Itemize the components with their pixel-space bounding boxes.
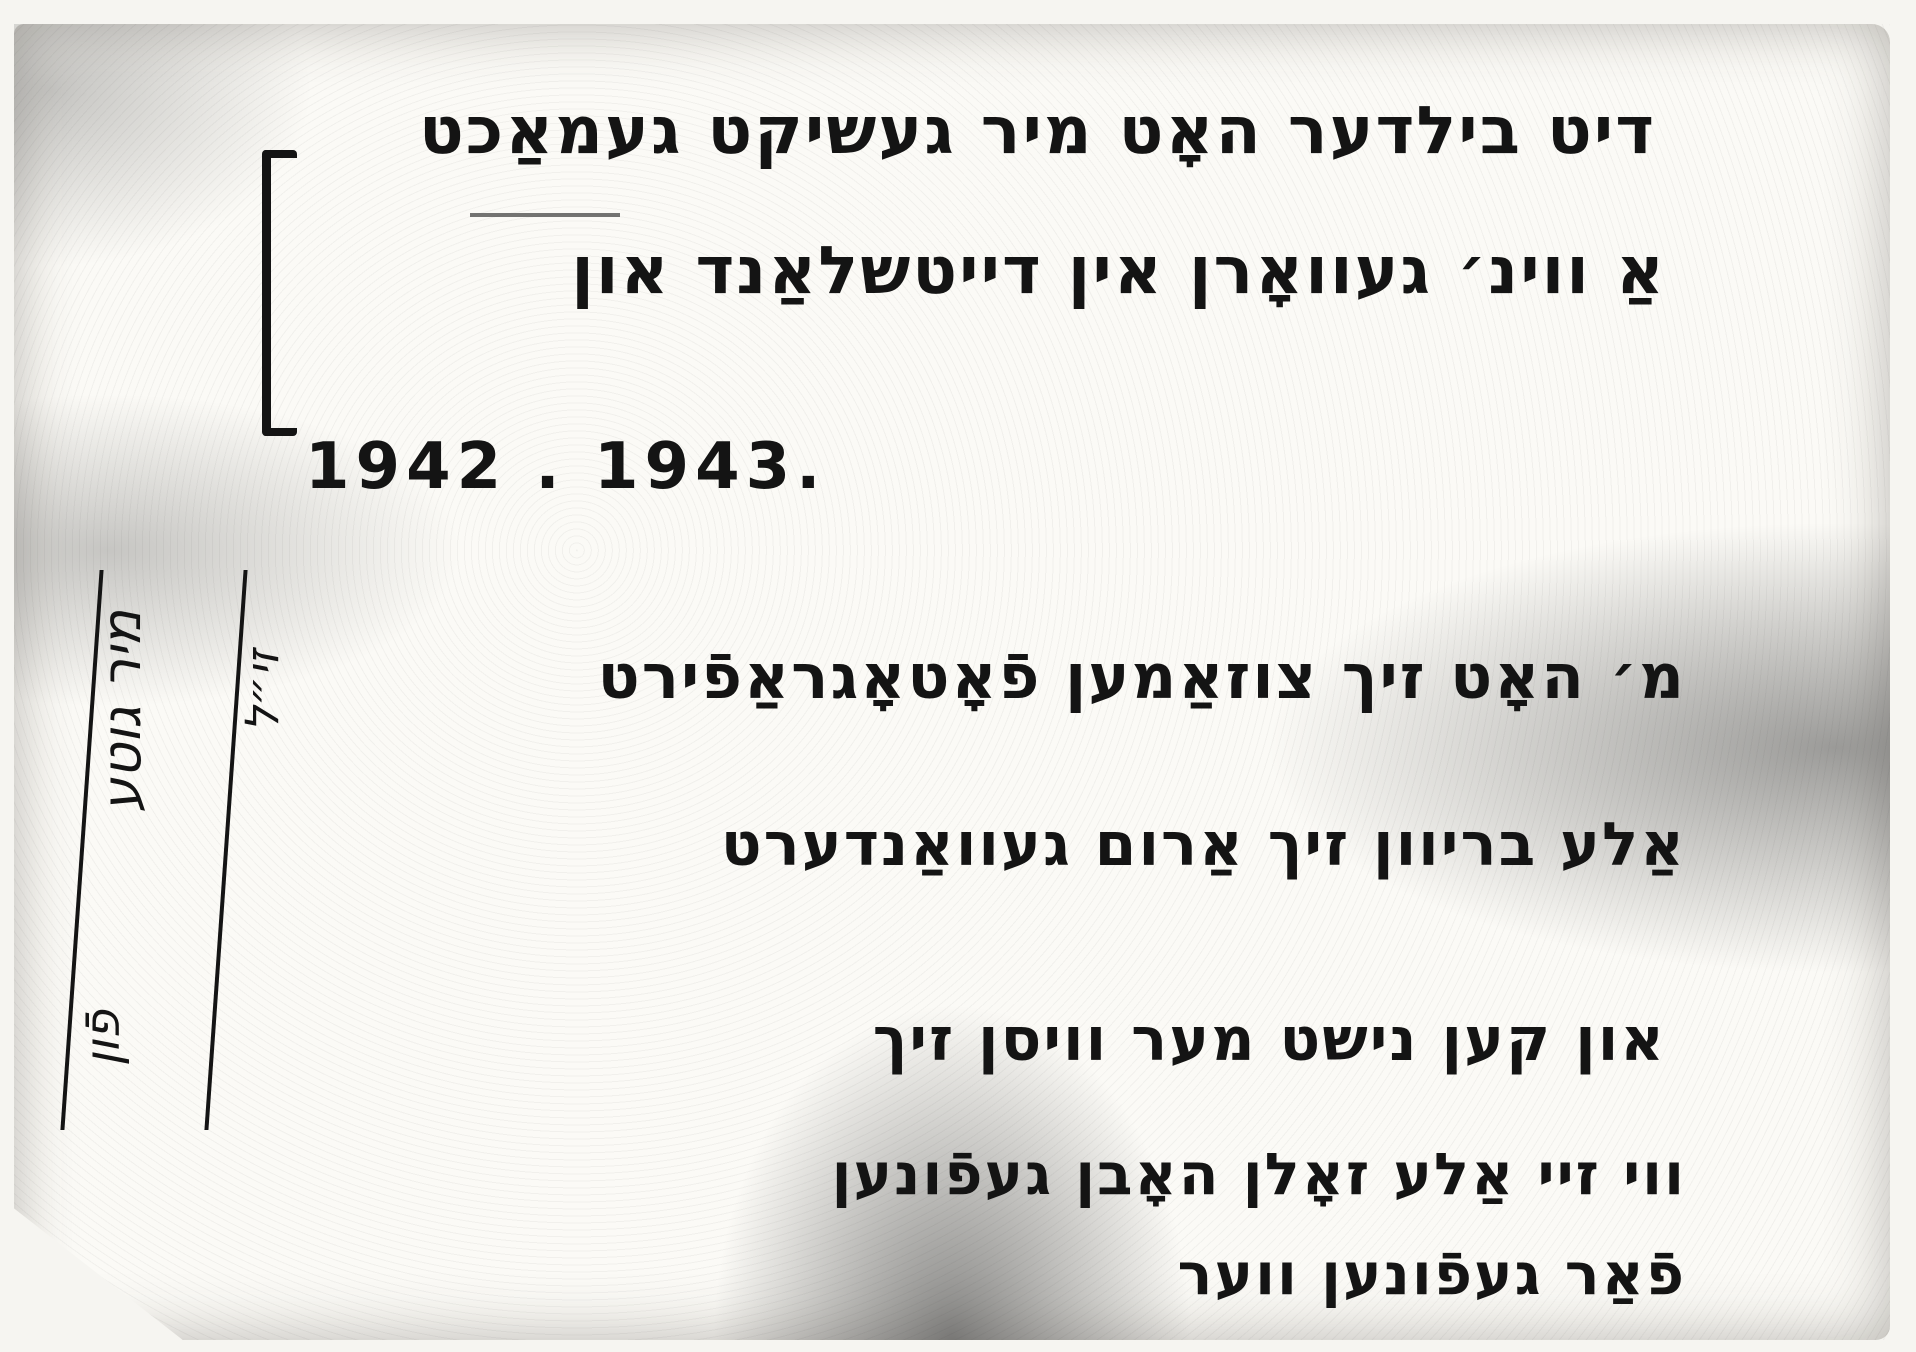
text-line-1: דיט בילדער האָט מיר געשיקט געמאַכט [419, 92, 1656, 169]
margin-bracket-mark [262, 150, 297, 436]
text-line-2: אַ ווינ׳ געוואָרן אין דייטשלאַנד און [571, 232, 1666, 309]
text-line-6: און קען נישט מער וויסן זיך [873, 1005, 1666, 1075]
underline-mark [470, 213, 620, 217]
margin-annotation: מיר גוטע [90, 610, 153, 812]
margin-annotation-bottom: פֿון [75, 1010, 131, 1066]
dates-line: 1942 . 1943. [305, 430, 826, 504]
text-line-7: ווי זיי אַלע זאָלן האָבן געפֿונען [832, 1140, 1686, 1208]
text-line-5: אַלע בריוון זיך אַרום געוואַנדערט [721, 810, 1686, 880]
margin-annotation-secondary: זי״ל [235, 650, 289, 732]
text-line-4: מ׳ האָט זיך צוזאַמען פֿאָטאָגראַפֿירט [598, 640, 1686, 713]
text-line-8: פֿאַר געפֿונען ווער [1178, 1240, 1686, 1308]
